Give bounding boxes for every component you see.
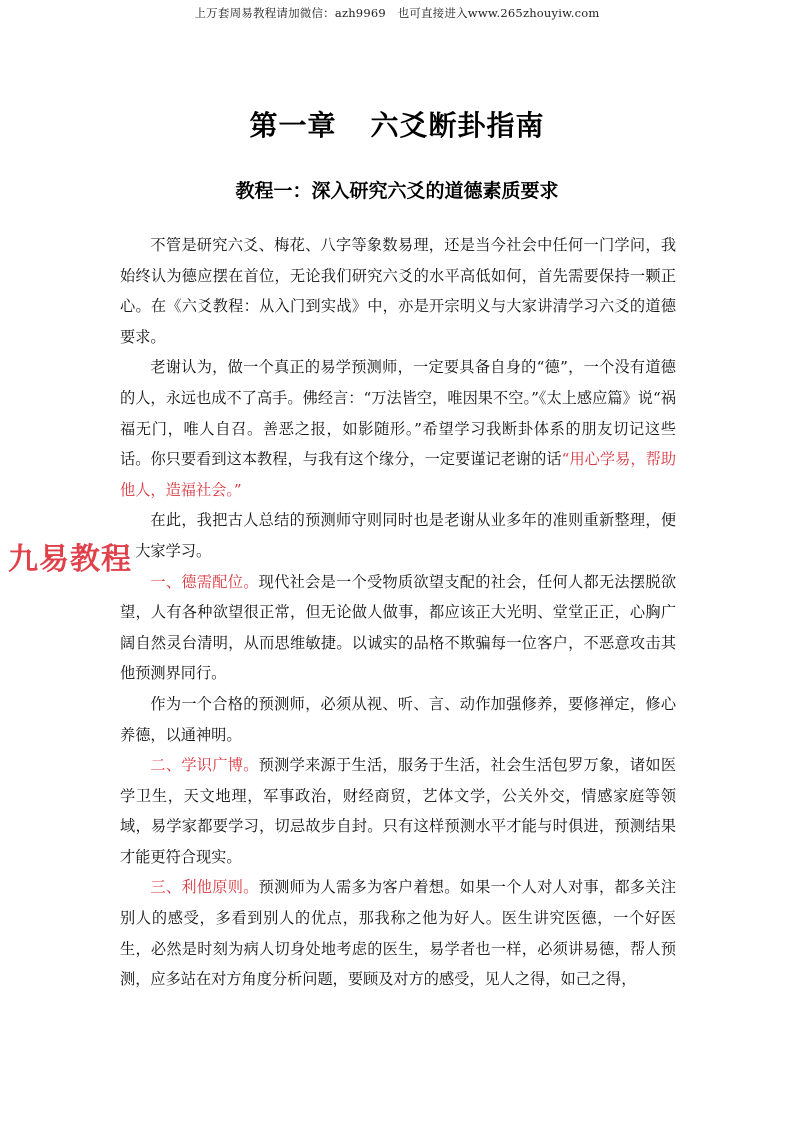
watermark-logo: 九易教程 [6, 540, 134, 580]
rule-heading-3: 三、利他原则。 [150, 878, 258, 896]
chapter-title: 第一章六爻断卦指南 [0, 104, 794, 144]
rule-heading-2: 二、学识广博。 [150, 756, 258, 774]
paragraph-virtue: 老谢认为，做一个真正的易学预测师，一定要具备自身的“德”，一个没有道德的人，永远… [120, 352, 676, 505]
chapter-name: 六爻断卦指南 [371, 109, 545, 142]
paragraph-rules-intro: 在此，我把古人总结的预测师守则同时也是老谢从业多年的准则重新整理，便让大家学习。 [120, 505, 676, 566]
paragraph-rule-1-cont: 作为一个合格的预测师，必须从视、听、言、动作加强修养，要修禅定，修心养德，以通神… [120, 689, 676, 750]
rule-heading-1: 一、德需配位。 [150, 573, 258, 591]
section-title: 教程一：深入研究六爻的道德素质要求 [0, 176, 794, 203]
paragraph-rule-1: 一、德需配位。现代社会是一个受物质欲望支配的社会，任何人都无法摆脱欲望，人有各种… [120, 567, 676, 689]
paragraph-rule-3: 三、利他原则。预测师为人需多为客户着想。如果一个人对人对事，都多关注别人的感受，… [120, 872, 676, 994]
document-body: 不管是研究六爻、梅花、八字等象数易理，还是当今社会中任何一门学问，我始终认为德应… [120, 230, 676, 995]
paragraph-rule-2: 二、学识广博。预测学来源于生活，服务于生活，社会生活包罗万象，诸如医学卫生，天文… [120, 750, 676, 872]
chapter-number: 第一章 [249, 109, 336, 142]
paragraph-intro: 不管是研究六爻、梅花、八字等象数易理，还是当今社会中任何一门学问，我始终认为德应… [120, 230, 676, 352]
header-note: 上万套周易教程请加微信：azh9969 也可直接进入www.265zhouyiw… [0, 5, 794, 21]
